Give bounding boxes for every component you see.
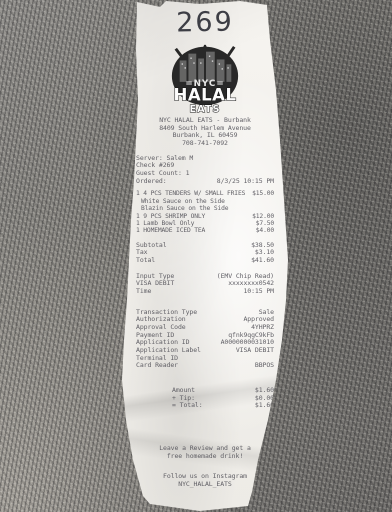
time-value: 10:15 PM bbox=[243, 288, 274, 296]
card-reader-value: BBPOS bbox=[255, 362, 274, 370]
item-name: 1 4 PCS TENDERS W/ SMALL FRIES bbox=[136, 190, 245, 197]
follow-handle: NYC_HALAL_EATS bbox=[136, 481, 274, 489]
receipt-item-row: 1 Lamb Bowl Only $7.50 bbox=[136, 220, 274, 227]
restaurant-logo: =NYC= HALAL EATS bbox=[155, 39, 255, 115]
carpet-background: 269 bbox=[0, 0, 392, 512]
receipt-item-row: 1 9 PCS SHRIMP ONLY $12.00 bbox=[136, 213, 274, 220]
phone-line: 708-741-7092 bbox=[136, 140, 274, 148]
receipt-item-row: 1 HOMEMADE ICED TEA $4.00 bbox=[136, 227, 274, 234]
item-name: 1 9 PCS SHRIMP ONLY bbox=[136, 213, 205, 220]
total-row: Total $41.60 bbox=[136, 257, 274, 265]
total-value: $41.60 bbox=[251, 257, 274, 265]
payment-detail-row: Time 10:15 PM bbox=[136, 288, 274, 296]
application-label-value: VISA DEBIT bbox=[236, 347, 274, 355]
card-reader-label: Card Reader bbox=[136, 362, 178, 370]
ordered-label: Ordered: bbox=[136, 178, 167, 186]
item-price: $15.00 bbox=[252, 190, 274, 197]
time-label: Time bbox=[136, 288, 151, 296]
handwritten-order-number: 269 bbox=[136, 6, 275, 39]
promo-line: free homemade drink! bbox=[136, 453, 274, 461]
amount-row: = Total: $1.60 bbox=[136, 402, 274, 410]
instagram-handle: Follow us on Instagram NYC_HALAL_EATS bbox=[136, 473, 274, 488]
amount-row: Amount $1.60 bbox=[136, 387, 274, 395]
item-name: 1 HOMEMADE ICED TEA bbox=[136, 227, 205, 234]
item-price: $7.50 bbox=[256, 220, 274, 227]
charged-total-label: = Total: bbox=[172, 402, 203, 410]
receipt-item-row: 1 4 PCS TENDERS W/ SMALL FRIES $15.00 bbox=[136, 190, 274, 197]
logo-eats-text: EATS bbox=[190, 104, 221, 115]
amount-row: + Tip: $0.00 bbox=[136, 395, 274, 403]
item-modifier: White Sauce on the Side bbox=[136, 198, 274, 205]
review-promo: Leave a Review and get a free homemade d… bbox=[136, 445, 274, 460]
item-modifier: Blazin Sauce on the Side bbox=[136, 205, 274, 212]
ordered-datetime: 8/3/25 10:15 PM bbox=[217, 178, 274, 186]
subtotal-row: Subtotal $38.50 bbox=[136, 242, 274, 250]
logo-halal-text: HALAL bbox=[174, 85, 237, 104]
ordered-row: Ordered: 8/3/25 10:15 PM bbox=[136, 178, 274, 186]
charged-total-value: $1.60 bbox=[255, 402, 274, 410]
item-price: $12.00 bbox=[252, 213, 274, 220]
item-name: 1 Lamb Bowl Only bbox=[136, 220, 194, 227]
item-price: $4.00 bbox=[256, 227, 274, 234]
receipt-paper: 269 bbox=[118, 0, 290, 512]
payment-detail-row: Card Reader BBPOS bbox=[136, 362, 274, 370]
total-label: Total bbox=[136, 257, 155, 265]
